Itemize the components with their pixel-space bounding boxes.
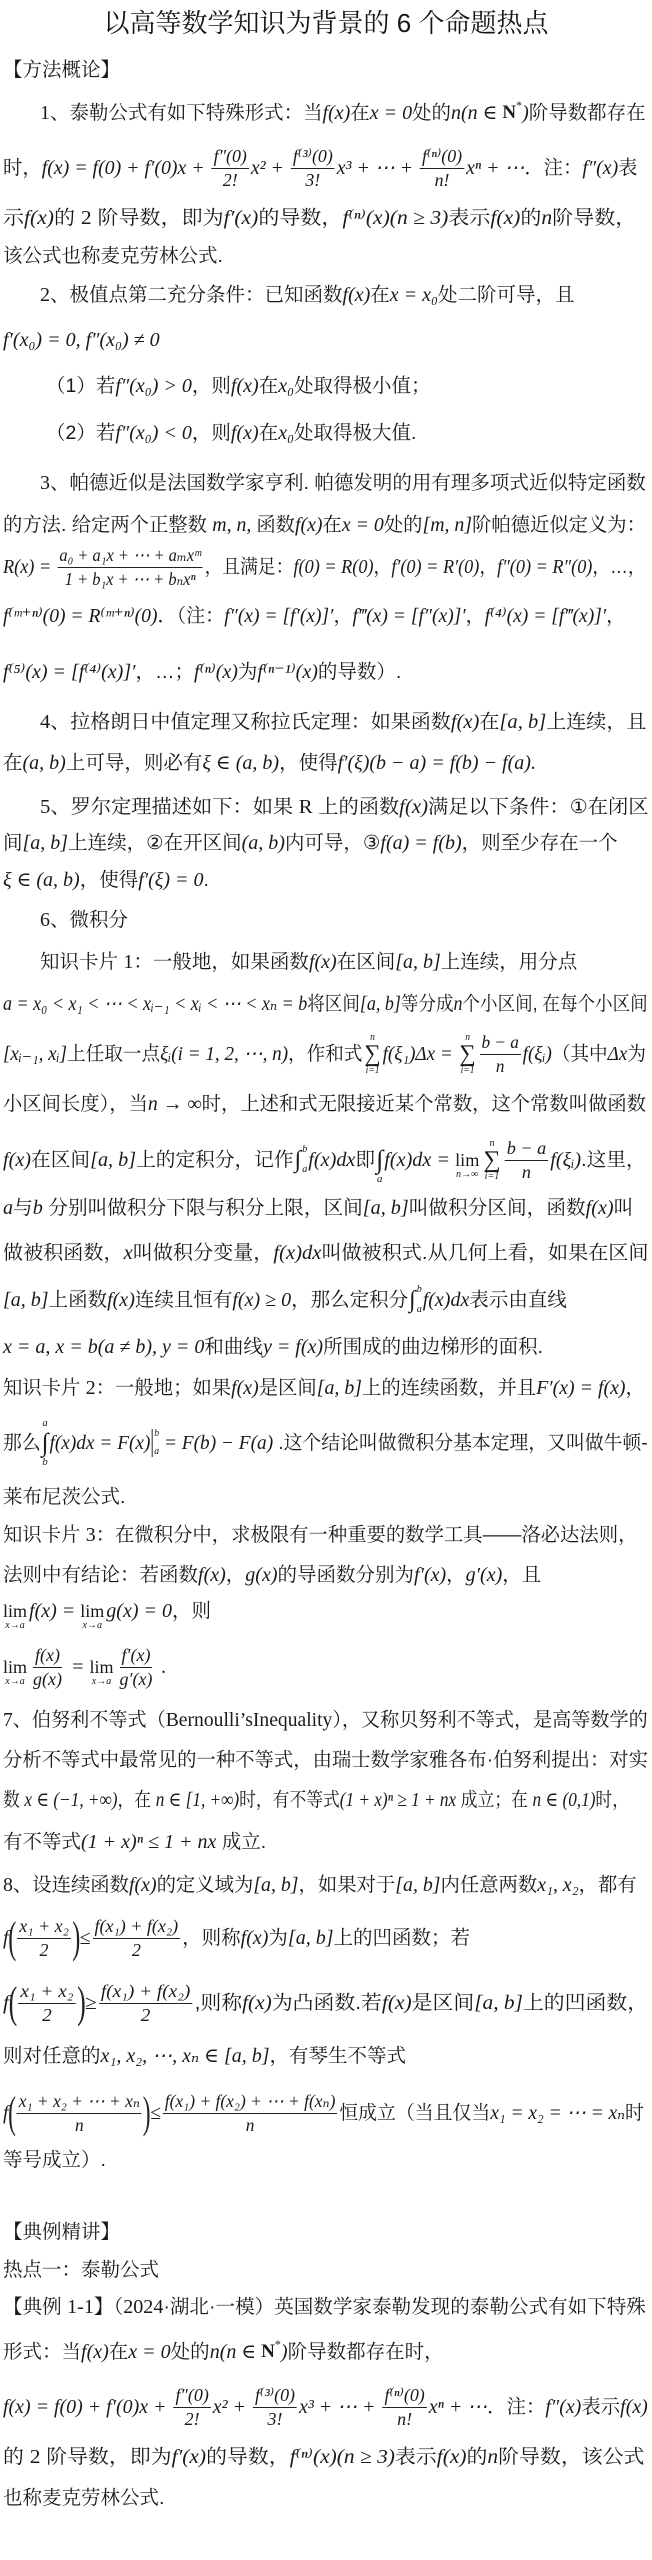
text-run: ，都有	[579, 1873, 637, 1897]
text-run: 阶导数，	[552, 206, 636, 230]
fraction: f″(0) 2!	[173, 2385, 210, 2430]
numerator: f(x₁) + f(x₂) + ⋯ + f(xₙ)	[163, 2091, 337, 2114]
math-expr: .	[156, 1655, 166, 1679]
text-run: 处的	[384, 513, 423, 537]
line-card1-area: x = a, x = b(a ≠ b), y = 0 和曲线 y = f(x) …	[3, 1327, 543, 1367]
text-run: 表示由直线	[469, 1288, 567, 1312]
text-run: 在	[3, 751, 23, 775]
line-bernoulli-intro: 7 、伯努利不等式（ Bernoulli’sInequality ），又称贝努利…	[3, 1700, 648, 1740]
text-run: 形式：当	[3, 2340, 81, 2364]
denominator: 3!	[303, 169, 322, 191]
text-run: 示	[3, 206, 24, 230]
line-example-condition: 形式：当 f(x) 在 x = 0 处的 n(n ∈ N * ) 阶导数都存在时…	[3, 2332, 444, 2372]
numerator: f(x₁) + f(x₂)	[93, 1916, 181, 1939]
math-expr: [a, b]	[23, 831, 69, 855]
lower-limit: a	[302, 1165, 307, 1175]
line-example-taylor-series: f(x) = f(0) + f′(0)x + f″(0) 2! x² + f⁽³…	[3, 2387, 648, 2427]
line-taylor-definition: 1 、泰勒公式有如下特殊形式：当 f(x) 在 x = 0 处的 n(n ∈ N…	[40, 93, 646, 133]
line-card1-intro: 知识卡片 1 ：一般地，如果函数 f(x) 在区间 [a, b] 上连续，用分点	[40, 942, 577, 982]
item-number: 2	[40, 283, 50, 307]
line-card1-integrand: 做被积函数， x 叫做积分变量， f(x)dx 叫做被积式.从几何上看，如果在区…	[3, 1233, 648, 1273]
text-run: ．（注：	[157, 604, 224, 628]
heading-text: 【方法概论】	[3, 58, 120, 82]
text-run: 将区间	[307, 992, 360, 1016]
text-run: ，…；	[136, 660, 195, 684]
text-run: ，	[626, 1376, 645, 1400]
math-expr: f(x)	[231, 421, 259, 445]
text-run: ：在微积分中，求极限有一种重要的数学工具——洛必达法则，	[96, 1523, 638, 1547]
text-run: ．注：	[524, 156, 582, 180]
heading-text: 【典例精讲】	[3, 2220, 120, 2244]
math-expr: ≤	[150, 2101, 161, 2125]
math-expr: f′(ξ) = 0	[138, 868, 203, 892]
text-run: 函数	[256, 513, 295, 537]
line-card2-intro: 知识卡片 2 ：一般地；如果 f(x) 是区间 [a, b] 上的连续函数，并且…	[3, 1368, 645, 1408]
math-expr: f′(0) = R′(0)	[391, 555, 479, 579]
line-jensen-convex: f ( x₁ + x₂ 2 ) ≥ f(x₁) + f(x₂) 2 ,则称 f(…	[3, 1983, 648, 2023]
math-expr: f(x)	[81, 2340, 109, 2364]
text-run: 时	[625, 2101, 644, 2125]
text-run: 知识卡片	[3, 1376, 86, 1400]
text-run: ，则	[172, 1599, 211, 1623]
integral-icon: ∫	[376, 1146, 383, 1174]
upper-limit: b	[302, 1145, 307, 1155]
math-expr: g(x) = 0	[106, 1599, 172, 1623]
text-run: ，则至少存在一个	[462, 831, 618, 855]
fraction: f⁽³⁾(0) 3!	[253, 2385, 297, 2430]
math-expr: f′(x)	[172, 2445, 206, 2469]
integral-icon: ∫	[42, 1429, 49, 1457]
numerator: f⁽ⁿ⁾(0)	[420, 146, 464, 169]
line-jensen-concave: f ( x₁ + x₂ 2 ) ≤ f(x₁) + f(x₂) 2 ，则称 f(…	[3, 1918, 470, 1958]
math-expr: ≤	[80, 1926, 91, 1950]
fraction: x₁ + x₂ 2	[18, 1981, 75, 2026]
denominator: g(x)	[31, 1668, 64, 1690]
text-run: 处二阶可导，且	[438, 283, 575, 307]
lower-limit: i=1	[485, 1171, 500, 1182]
math-expr: f(x)	[129, 1873, 157, 1897]
item-number: 8	[3, 1873, 13, 1897]
math-expr: f(0) = R(0)	[293, 555, 373, 579]
limit-word: lim	[90, 1658, 114, 1676]
line-card1-limit: 小区间长度），当 n → ∞ 时，上述和式无限接近某个常数，这个常数叫做函数	[3, 1084, 646, 1124]
math-expr: n(n ∈	[210, 2340, 261, 2364]
text-run: ：一般地；如果	[96, 1376, 231, 1400]
denominator: 1 + b₁x + ⋯ + bₙxⁿ	[63, 568, 197, 590]
item-number: 4	[40, 710, 50, 734]
text-run: 】（	[94, 2295, 123, 2319]
denominator: 2!	[183, 2408, 202, 2430]
text-run: 成立；在	[456, 1788, 532, 1812]
denominator: 2	[38, 1939, 51, 1961]
card-number: 1	[123, 950, 133, 974]
math-expr: g(x)	[245, 1563, 277, 1587]
text-run: 是区间	[259, 1376, 317, 1400]
text-run: 、帕德近似是法国数学家亨利. 帕德发明的用有理多项式近似特定函数	[50, 471, 646, 495]
text-run: 分别叫做积分下限与积分上限，区间	[43, 1196, 363, 1220]
denominator: n	[494, 1055, 506, 1077]
line-card2-newton-leibniz: 那么 a ∫ b f(x)dx = F(x) b a = F(b) − F(a)…	[3, 1423, 648, 1463]
text-run: ，则称	[182, 1926, 241, 1950]
line-taylor-series: 时， f(x) = f(0) + f′(0)x + f″(0) 2! x² + …	[3, 148, 638, 188]
text-run: 叫做被积式.从几何上看，如果在区间	[321, 1241, 648, 1265]
text-run: 连续且恒有	[135, 1288, 233, 1312]
text-run: 表示	[395, 2445, 437, 2469]
section-heading-method-overview: 【方法概论】	[3, 50, 120, 90]
item-number: 3	[40, 471, 50, 495]
numerator: b − a	[480, 1032, 521, 1055]
summation: n ∑ i=1	[459, 1032, 475, 1076]
math-expr: [a, b]	[360, 992, 401, 1016]
math-expr: f(x)dx	[308, 1148, 355, 1172]
text-run: 时，	[595, 1788, 629, 1812]
text-run: 叫	[614, 1196, 634, 1220]
sigma-icon: ∑	[364, 1043, 380, 1065]
text-run: （其中	[552, 1042, 608, 1066]
math-expr: (a, b)	[242, 831, 285, 855]
math-expr: [a, b]	[474, 1991, 523, 2015]
text-run: ，则	[192, 374, 231, 398]
fraction: f(x₁) + f(x₂) 2	[93, 1916, 181, 1961]
math-expr: Δx	[608, 1042, 628, 1066]
lower-limit: a	[417, 1305, 422, 1315]
math-expr: f(x)	[295, 513, 323, 537]
math-expr: x = x₀	[390, 283, 438, 307]
fraction: x₁ + x₂ + ⋯ + xₙ n	[17, 2091, 142, 2136]
math-expr: x₁, x₂	[537, 1873, 578, 1897]
text-run: 表	[618, 156, 637, 180]
document-page: 以高等数学知识为背景的 6 个命题热点 【方法概论】 1 、泰勒公式有如下特殊形…	[0, 0, 652, 2560]
line-extremum-min: （1）若 f″(x₀) > 0 ，则 f(x) 在 x₀ 处取得极小值；	[46, 366, 431, 406]
item-number: 1	[40, 101, 50, 125]
math-expr: [a, b]	[363, 1196, 409, 1220]
denominator: n!	[395, 2408, 414, 2430]
math-expr: x₁, x₂, ⋯, xₙ ∈ [a, b]	[101, 2044, 270, 2068]
text-run: 在	[370, 283, 390, 307]
math-expr: [a, b]	[90, 1148, 136, 1172]
definite-integral: ∫ a	[376, 1135, 383, 1185]
limit-subscript: x→a	[92, 1676, 111, 1687]
math-expr: ≥	[85, 1991, 97, 2015]
line-card1-partition: a = x₀ < x₁ < ⋯ < xᵢ₋₁ < xᵢ < ⋯ < xₙ = b…	[3, 984, 648, 1024]
text-run: 间	[3, 831, 23, 855]
math-expr: f(x)dx	[273, 1241, 321, 1265]
line-bernoulli-origin: 分析不等式中最常见的一种不等式，由瑞士数学家雅各布·伯努利提出：对实	[3, 1740, 648, 1780]
denominator: 2	[40, 2004, 54, 2026]
text-run: ，在	[118, 1788, 156, 1812]
math-expr: f(ξ₁)Δx =	[383, 1042, 458, 1066]
numerator: x₁ + x₂	[18, 1981, 75, 2004]
math-expr: f⁽ⁿ⁻¹⁾(x)	[257, 660, 317, 684]
fraction: b − a n	[480, 1032, 521, 1077]
math-expr: f(x)	[241, 1926, 269, 1950]
text-run: 与	[13, 1196, 33, 1220]
text-run: 为	[268, 1926, 288, 1950]
bold-symbol: N	[261, 2340, 275, 2364]
text-run: 该公式也称麦克劳林公式.	[3, 244, 223, 268]
text-run: 为凸函数.若	[272, 1991, 382, 2015]
math-expr: (a, b)	[23, 751, 66, 775]
text-run: ，	[333, 604, 352, 628]
line-card2-formula-name: 莱布尼茨公式.	[3, 1477, 125, 1517]
text-run: ，如果对于	[299, 1873, 396, 1897]
math-expr: f(a) = f(b)	[380, 831, 461, 855]
text-run: ．注：	[487, 2395, 545, 2419]
text-run: 在	[350, 101, 369, 125]
limit-word: lim	[3, 1602, 27, 1620]
text-run: 阶导数，该公式	[498, 2445, 644, 2469]
line-example-notation: 的 2 阶导数，即为 f′(x) 的导数， f⁽ⁿ⁾(x)(n ≥ 3) 表示 …	[3, 2437, 644, 2477]
text-run: 在	[479, 710, 499, 734]
math-expr: f(x) = f(0) + f′(0)x +	[3, 2395, 171, 2419]
fraction: f(x₁) + f(x₂) 2	[99, 1981, 193, 2026]
text-run: 、拉格朗日中值定理又称拉氏定理：如果函数	[50, 710, 451, 734]
lower-limit: b	[42, 1457, 47, 1468]
math-expr: x	[124, 1241, 133, 1265]
text-run: 处的	[171, 2340, 210, 2364]
math-expr: x = 0	[342, 513, 384, 537]
text-run: 、设连续函数	[13, 1873, 129, 1897]
text-run: 成立.	[216, 1830, 266, 1854]
math-expr: a = x₀ < x₁ < ⋯ < xᵢ₋₁ < xᵢ < ⋯ < xₙ = b	[3, 992, 307, 1016]
text-run: 阶帕德近似定义为：	[472, 513, 646, 537]
math-expr: ξ ∈ (a, b)	[202, 751, 279, 775]
denominator: 3!	[266, 2408, 285, 2430]
item-number: 6	[40, 908, 50, 932]
math-expr: f⁽ⁿ⁾(x)(n ≥ 3)	[342, 206, 448, 230]
math-expr: g′(x)	[466, 1563, 503, 1587]
math-expr: f⁽ⁿ⁾(x)(n ≥ 3)	[290, 2445, 395, 2469]
bold-symbol: N	[502, 101, 516, 125]
text-run: 在	[259, 421, 279, 445]
math-expr: xⁿ + ⋯	[429, 2395, 487, 2419]
parenthesized-fraction: ( x₁ + x₂ 2 )	[9, 1981, 85, 2026]
math-expr: x² +	[251, 156, 289, 180]
math-expr: n	[541, 206, 552, 230]
text-run: 处取得极大值.	[294, 421, 416, 445]
text-run: 做被积函数，	[3, 1241, 124, 1265]
text-run: 上函数	[49, 1288, 108, 1312]
denominator: g′(x)	[118, 1668, 155, 1690]
text-run: ，	[479, 555, 497, 579]
math-expr: f(x)dx	[423, 1288, 470, 1312]
definite-integral: ∫ b a	[409, 1285, 422, 1315]
math-expr: f(x)	[242, 1991, 272, 2015]
math-expr: n ∈ [1, +∞)	[156, 1788, 239, 1812]
text-run: 处取得极小值；	[294, 374, 431, 398]
line-jensen-any-points: 则对任意的 x₁, x₂, ⋯, xₙ ∈ [a, b] ，有琴生不等式	[3, 2036, 406, 2076]
text-run: 上的连续函数，并且	[362, 1376, 536, 1400]
math-expr: R(x) =	[3, 555, 56, 579]
text-run: 表示	[448, 206, 490, 230]
year: 2024	[123, 2295, 163, 2319]
math-expr: f′(ξ)(b − a) = f(b) − f(a).	[338, 751, 536, 775]
text-run: 为	[627, 1042, 646, 1066]
hotspot-heading: 热点一：泰勒公式	[3, 2250, 159, 2290]
line-calculus-heading: 6 、微积分	[40, 900, 128, 940]
text-run: 在	[259, 374, 279, 398]
fraction: f(x) g(x)	[31, 1645, 64, 1690]
left-paren: (	[8, 1981, 17, 2025]
text-run: ·湖北·一模）英国数学家泰勒发现的泰勒公式有如下特殊	[163, 2295, 646, 2319]
limit-operator: lim x→a	[80, 1602, 104, 1631]
text-run: 为	[238, 660, 258, 684]
card-number: 2	[86, 1376, 96, 1400]
right-paren: )	[72, 1916, 80, 1960]
math-expr: [xᵢ₋₁, xᵢ]	[3, 1042, 67, 1066]
math-expr: f″(x₀) < 0	[115, 421, 192, 445]
parenthesized-fraction: ( x₁ + x₂ 2 )	[9, 1916, 80, 1961]
line-rolle-conditions: 间 [a, b] 上连续，②在开区间 (a, b) 内可导，③ f(a) = f…	[3, 823, 618, 863]
math-expr: f(x)	[620, 2395, 648, 2419]
line-card3-intro: 知识卡片 3 ：在微积分中，求极限有一种重要的数学工具——洛必达法则，	[3, 1515, 637, 1555]
math-expr: f(x) =	[29, 1599, 80, 1623]
right-paren: )	[143, 2091, 151, 2135]
text-run: 阶导数，即为	[92, 206, 224, 230]
text-run: 则对任意的	[3, 2044, 101, 2068]
math-expr: xⁿ + ⋯	[466, 156, 524, 180]
math-expr: ξ ∈ (a, b)	[3, 868, 80, 892]
numerator: f⁽³⁾(0)	[291, 146, 335, 169]
line-bernoulli-case1: 数 x ∈ (−1, +∞) ，在 n ∈ [1, +∞) 时，有不等式 (1 …	[3, 1780, 629, 1820]
text-run: ，	[466, 604, 485, 628]
numerator: f⁽³⁾(0)	[253, 2385, 297, 2408]
math-expr: f⁽⁴⁾(x) = [f‴(x)]′	[485, 604, 606, 628]
math-expr: [a, b]	[395, 1873, 440, 1897]
limit-operator: lim x→a	[3, 1602, 27, 1631]
limit-subscript: n→∞	[456, 1169, 478, 1180]
math-expr: f″(x₀) > 0	[115, 374, 192, 398]
text-run: 所围成的曲边梯形的面积.	[323, 1335, 543, 1359]
denominator: n	[520, 1161, 533, 1183]
text-run: 的定义域为	[157, 1873, 254, 1897]
math-expr: [m, n]	[422, 513, 472, 537]
text-run: 的导数，	[206, 2445, 290, 2469]
line-rolle-conclusion: ξ ∈ (a, b) ，使得 f′(ξ) = 0 .	[3, 860, 209, 900]
limit-subscript: x→a	[5, 1620, 24, 1631]
limit-operator: lim x→a	[90, 1658, 114, 1687]
limit-subscript: x→a	[5, 1676, 24, 1687]
text-run: 的导函数分别为	[278, 1563, 415, 1587]
line-card1-limits-naming: a 与 b 分别叫做积分下限与积分上限，区间 [a, b] 叫做积分区间，函数 …	[3, 1188, 633, 1228]
math-expr: f(x)	[399, 795, 428, 819]
math-expr: n(n ∈	[451, 101, 502, 125]
limit-subscript: x→a	[83, 1620, 102, 1631]
text-run: 表示	[581, 2395, 620, 2419]
math-expr: (1 + x)ⁿ ≤ 1 + nx	[81, 1830, 216, 1854]
fraction: f″(0) 2!	[212, 146, 249, 191]
math-expr: x₀	[278, 421, 294, 445]
right-paren: )	[77, 1981, 86, 2025]
math-expr: )	[522, 101, 529, 125]
line-card1-geometry: [a, b] 上函数 f(x) 连续且恒有 f(x) ≥ 0 ，那么定积分 ∫ …	[3, 1280, 567, 1320]
math-expr: f′(x)	[224, 206, 259, 230]
text-run: 小区间长度），当	[3, 1092, 148, 1116]
math-expr: f(x)	[309, 950, 337, 974]
denominator: n	[73, 2114, 86, 2136]
numerator: f⁽ⁿ⁾(0)	[382, 2385, 426, 2408]
math-expr: f″(0) = R″(0)	[497, 555, 592, 579]
math-expr: x³ + ⋯ +	[299, 2395, 380, 2419]
text-run: 即	[355, 1148, 375, 1172]
line-lagrange-conclusion: 在 (a, b) 上可导，则必有 ξ ∈ (a, b) ，使得 f′(ξ)(b …	[3, 743, 536, 783]
text-run: 阶导数都存在时，	[288, 2340, 444, 2364]
math-expr: m, n,	[212, 513, 256, 537]
math-expr: f(x)dx =	[384, 1148, 455, 1172]
integral-limits: b a	[417, 1285, 422, 1315]
numerator: f″(0)	[173, 2385, 210, 2408]
text-run: 时，有不等式	[239, 1788, 340, 1812]
numerator: a₀ + a₁x + ⋯ + aₘxᵐ	[58, 545, 203, 568]
limit-word: lim	[455, 1151, 479, 1169]
text-run: 、微积分	[50, 908, 128, 932]
text-run: 内任意两数	[441, 1873, 538, 1897]
text-run: 上连续，用分点	[441, 950, 578, 974]
text-run: 的方法. 给定两个正整数	[3, 513, 212, 537]
text-run: 阶导数都存在	[529, 101, 646, 125]
text-run: 法则中有结论：若函数	[3, 1563, 198, 1587]
evaluation-bar: b a	[151, 1429, 159, 1457]
fraction: f(x₁) + f(x₂) + ⋯ + f(xₙ) n	[163, 2091, 337, 2136]
line-card1-riemann-sum: [xᵢ₋₁, xᵢ] 上任取一点 ξᵢ(i = 1, 2, ⋯, n) ，作和式…	[3, 1034, 646, 1074]
line-rolle-theorem: 5 、罗尔定理描述如下：如果 R 上的函数 f(x) 满足以下条件：①在闭区	[40, 787, 648, 827]
math-expr: [a, b]	[317, 1376, 362, 1400]
text-run: 处的	[412, 101, 451, 125]
numerator: f′(x)	[120, 1645, 153, 1668]
math-expr: F′(x) = f(x)	[536, 1376, 625, 1400]
math-expr: [a, b]	[395, 950, 441, 974]
card-number: 3	[86, 1523, 96, 1547]
math-expr: f⁽ⁿ⁾(x)	[194, 660, 238, 684]
text-run: 时，	[3, 156, 42, 180]
text-run: 上可导，则必有	[66, 751, 203, 775]
text-run: ，作和式	[288, 1042, 362, 1066]
text-run: 上的凹函数，	[523, 1991, 648, 2015]
page-title: 以高等数学知识为背景的 6 个命题热点	[0, 7, 652, 39]
math-expr: f(x)	[231, 1376, 259, 1400]
math-expr: f′(x₀) = 0, f″(x₀) ≠ 0	[3, 328, 160, 352]
line-pade-notes: f⁽⁵⁾(x) = [f⁽⁴⁾(x)]′ ，…； f⁽ⁿ⁾(x) 为 f⁽ⁿ⁻¹…	[3, 652, 401, 692]
integral-icon: ∫	[295, 1145, 302, 1175]
text-run: ，且	[502, 1563, 541, 1587]
sigma-icon: ∑	[483, 1149, 500, 1171]
text-run: 的	[520, 206, 541, 230]
text-run: 在区间	[31, 1148, 90, 1172]
text-run: .这个结论叫做微积分基本定理，又叫做牛顿-	[273, 1431, 647, 1455]
text-run: ，则	[192, 421, 231, 445]
text-run: 叫做积分变量，	[133, 1241, 274, 1265]
math-expr: x³ + ⋯ +	[337, 156, 418, 180]
text-run: 、极值点第二充分条件：已知函数	[50, 283, 343, 307]
math-expr: f(x) = f(0) + f′(0)x +	[42, 156, 210, 180]
math-expr: a	[3, 1196, 13, 1220]
text-run: 上任取一点	[67, 1042, 160, 1066]
text-run: ，那么定积分	[291, 1288, 408, 1312]
numerator: f″(0)	[212, 146, 249, 169]
text-run: 在	[109, 2340, 129, 2364]
math-expr: =	[66, 1655, 90, 1679]
text-run: 的导数，	[258, 206, 342, 230]
limit-word: lim	[3, 1658, 27, 1676]
math-expr: y = f(x)	[263, 1335, 323, 1359]
line-pade-definition: 的方法. 给定两个正整数 m, n, 函数 f(x) 在 x = 0 处的 [m…	[3, 505, 646, 545]
text-run: ，	[374, 555, 392, 579]
math-expr: f⁽⁵⁾(x) = [f⁽⁴⁾(x)]′	[3, 660, 136, 684]
text-run: 恒成立（当且仅当	[339, 2101, 490, 2125]
text-run: 知识卡片	[3, 1523, 86, 1547]
text-run: 、伯努利不等式（	[13, 1708, 166, 1732]
fraction: f⁽³⁾(0) 3!	[291, 146, 335, 191]
